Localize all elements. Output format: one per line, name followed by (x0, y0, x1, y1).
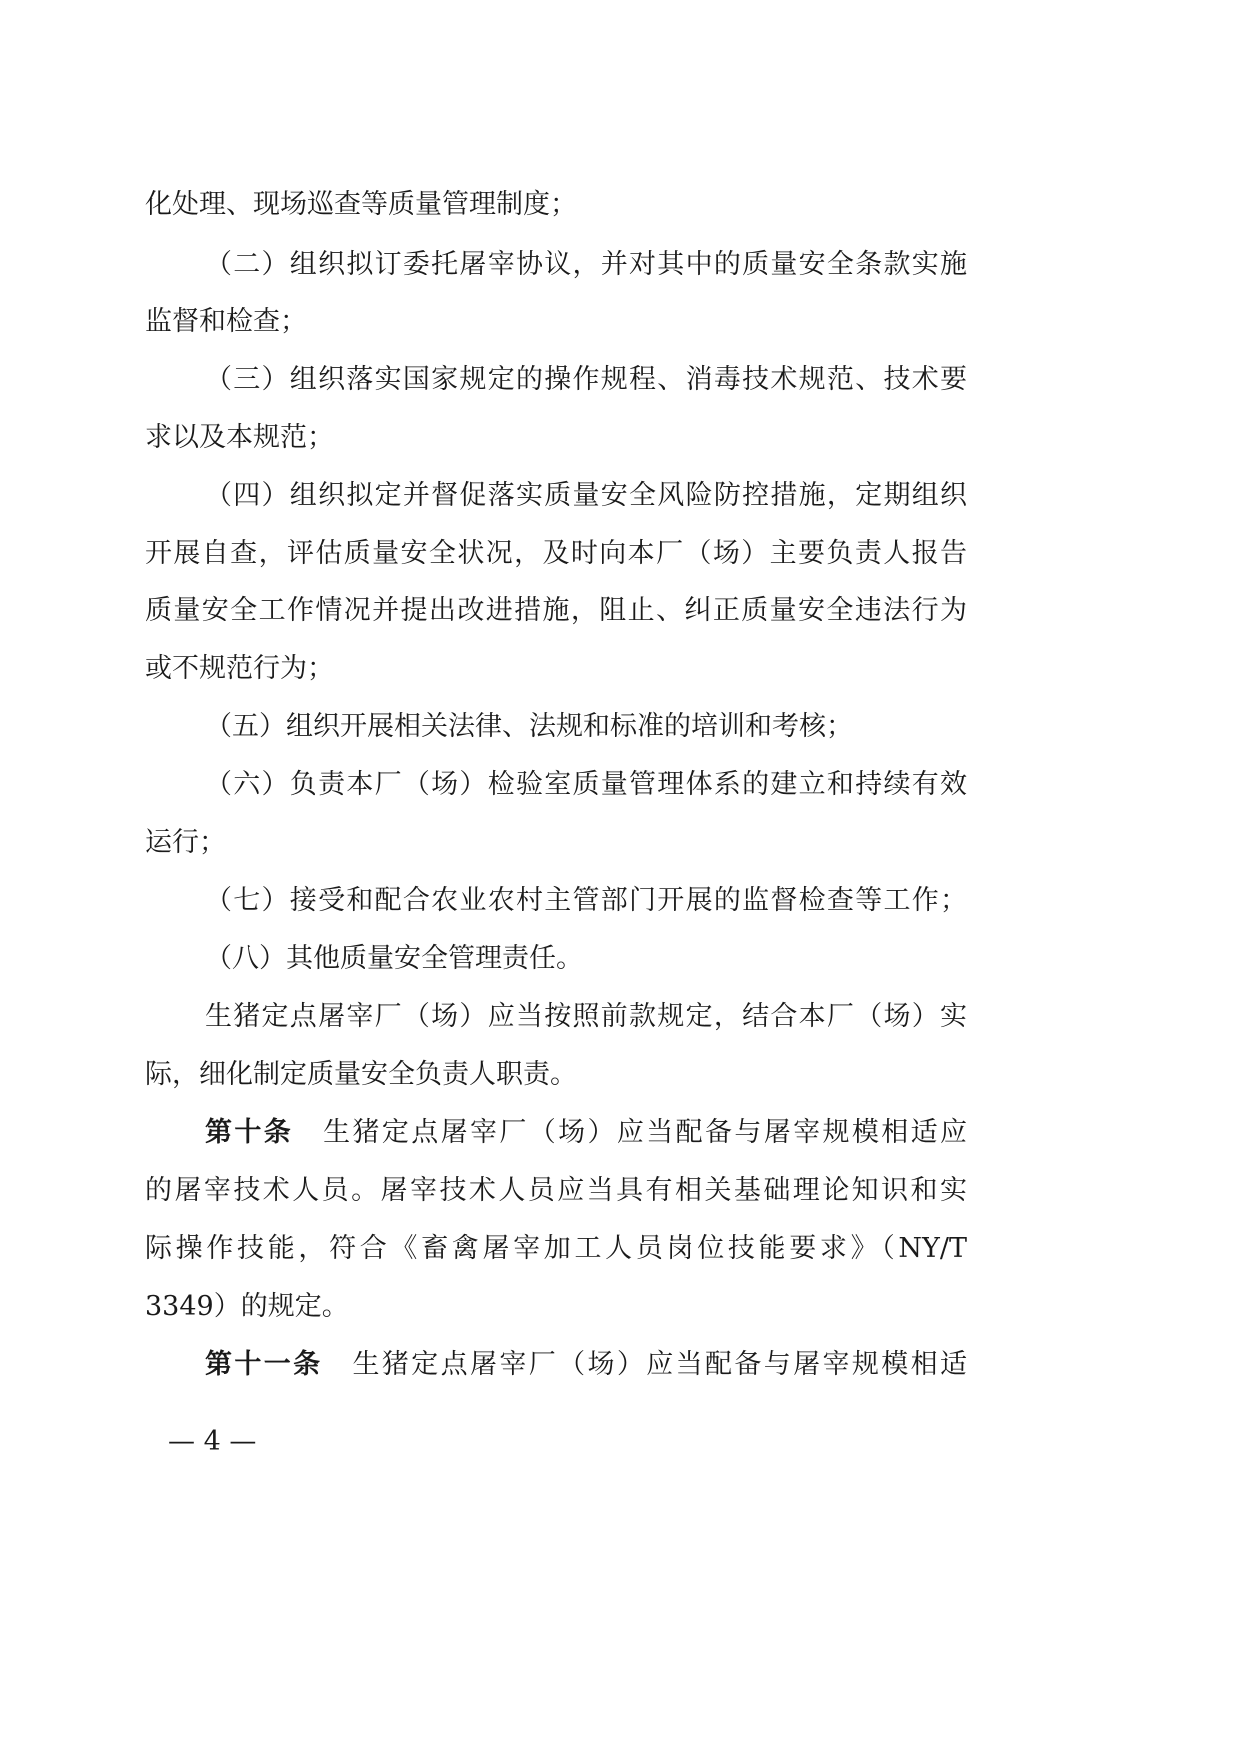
paragraph-line: 质量安全工作情况并提出改进措施，阻止、纠正质量安全违法行为 (145, 591, 967, 631)
article-10-text: 生猪定点屠宰厂（场）应当配备与屠宰规模相适应 (323, 1117, 967, 1148)
list-item-8: （八）其他质量安全管理责任。 (205, 939, 967, 979)
article-11-heading-line: 第十一条生猪定点屠宰厂（场）应当配备与屠宰规模相适 (205, 1345, 967, 1385)
paragraph-line: 监督和检查； (145, 302, 967, 342)
paragraph-line: 或不规范行为； (145, 649, 967, 689)
paragraph-line: 的屠宰技术人员。屠宰技术人员应当具有相关基础理论知识和实 (145, 1171, 967, 1211)
list-item-2: （二）组织拟订委托屠宰协议，并对其中的质量安全条款实施 (205, 245, 967, 285)
paragraph-line: 开展自查，评估质量安全状况，及时向本厂（场）主要负责人报告 (145, 534, 967, 574)
paragraph-line: 生猪定点屠宰厂（场）应当按照前款规定，结合本厂（场）实 (205, 997, 967, 1037)
article-10-label: 第十条 (205, 1117, 293, 1148)
article-10-heading-line: 第十条生猪定点屠宰厂（场）应当配备与屠宰规模相适应 (205, 1113, 967, 1153)
list-item-7: （七）接受和配合农业农村主管部门开展的监督检查等工作； (205, 881, 967, 921)
paragraph-line: 际操作技能，符合《畜禽屠宰加工人员岗位技能要求》（NY/T (145, 1229, 967, 1269)
paragraph-line: 3349）的规定。 (145, 1287, 967, 1327)
page-number: — 4 — (168, 1422, 256, 1462)
article-11-label: 第十一条 (205, 1349, 323, 1380)
paragraph-line: 求以及本规范； (145, 418, 967, 458)
list-item-3: （三）组织落实国家规定的操作规程、消毒技术规范、技术要 (205, 360, 967, 400)
article-11-text: 生猪定点屠宰厂（场）应当配备与屠宰规模相适 (353, 1349, 968, 1380)
list-item-4: （四）组织拟定并督促落实质量安全风险防控措施，定期组织 (205, 476, 967, 516)
document-page: 化处理、现场巡查等质量管理制度； （二）组织拟订委托屠宰协议，并对其中的质量安全… (0, 0, 1240, 1754)
paragraph-line: 际，细化制定质量安全负责人职责。 (145, 1055, 967, 1095)
paragraph-line: 化处理、现场巡查等质量管理制度； (145, 185, 967, 225)
paragraph-line: 运行； (145, 823, 967, 863)
list-item-5: （五）组织开展相关法律、法规和标准的培训和考核； (205, 707, 967, 747)
list-item-6: （六）负责本厂（场）检验室质量管理体系的建立和持续有效 (205, 765, 967, 805)
